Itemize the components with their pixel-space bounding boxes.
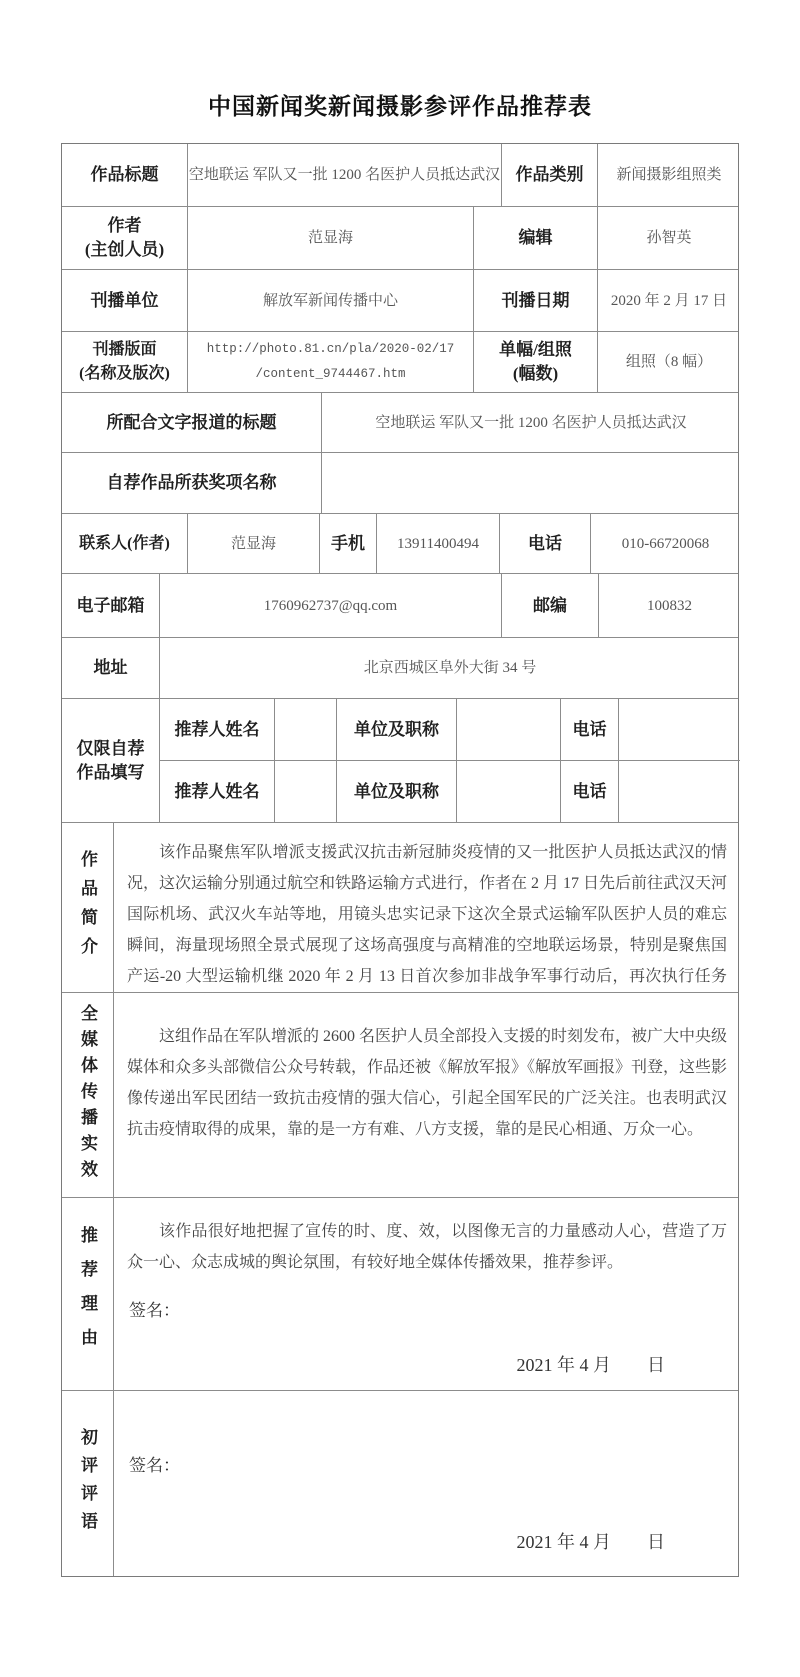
recommender-phone-label-2: 电话 [561, 761, 619, 823]
media-effect-side-label-cell: 全媒体传播实效 [62, 993, 114, 1197]
recommender-name-label: 推荐人姓名 [160, 699, 275, 760]
work-title-value: 空地联运 军队又一批 1200 名医护人员抵达武汉 [188, 144, 502, 206]
email-label: 电子邮箱 [62, 574, 160, 637]
postcode-label: 邮编 [502, 574, 599, 637]
row-work-title: 作品标题 空地联运 军队又一批 1200 名医护人员抵达武汉 作品类别 新闻摄影… [62, 144, 738, 207]
recommender-row-2: 推荐人姓名 单位及职称 电话 [160, 761, 740, 823]
row-preliminary-review: 初评评语 签名： 2021 年 4 月 日 [62, 1391, 738, 1576]
publish-date-value: 2020 年 2 月 17 日 [598, 270, 740, 331]
row-text-report-title: 所配合文字报道的标题 空地联运 军队又一批 1200 名医护人员抵达武汉 [62, 393, 738, 453]
recommender-row-1: 推荐人姓名 单位及职称 电话 [160, 699, 740, 761]
editor-value: 孙智英 [598, 207, 740, 269]
org-title-value-2 [457, 761, 561, 823]
row-work-intro: 作品简介 该作品聚焦军队增派支援武汉抗击新冠肺炎疫情的又一批医护人员抵达武汉的情… [62, 823, 738, 993]
self-award-label: 自荐作品所获奖项名称 [62, 453, 322, 513]
row-recommend-reason: 推荐理由 该作品很好地把握了宣传的时、度、效，以图像无言的力量感动人心，营造了万… [62, 1198, 738, 1391]
row-publisher: 刊播单位 解放军新闻传播中心 刊播日期 2020 年 2 月 17 日 [62, 270, 738, 332]
row-page-layout: 刊播版面 (名称及版次) http://photo.81.cn/pla/2020… [62, 332, 738, 393]
email-value: 1760962737@qq.com [160, 574, 502, 637]
recommender-phone-value [619, 699, 740, 760]
self-only-side-label: 仅限自荐 作品填写 [62, 699, 160, 822]
work-title-label: 作品标题 [62, 144, 188, 206]
author-value: 范显海 [188, 207, 474, 269]
media-effect-text: 这组作品在军队增派的 2600 名医护人员全部投入支援的时刻发布，被广大中央级媒… [127, 1021, 727, 1145]
editor-label: 编辑 [474, 207, 598, 269]
category-value: 新闻摄影组照类 [598, 144, 740, 206]
recommender-phone-value-2 [619, 761, 740, 823]
org-title-value [457, 699, 561, 760]
recommender-name-value-2 [275, 761, 337, 823]
phone-value: 010-66720068 [591, 514, 740, 573]
publish-date-label: 刊播日期 [474, 270, 598, 331]
recommend-reason-side-label-cell: 推荐理由 [62, 1198, 114, 1390]
recommend-reason-content: 该作品很好地把握了宣传的时、度、效，以图像无言的力量感动人心，营造了万众一心、众… [114, 1198, 740, 1390]
self-recommendation-rows: 推荐人姓名 单位及职称 电话 推荐人姓名 单位及职称 电话 [160, 699, 740, 822]
media-effect-content: 这组作品在军队增派的 2600 名医护人员全部投入支援的时刻发布，被广大中央级媒… [114, 993, 740, 1197]
org-title-label: 单位及职称 [337, 699, 457, 760]
recommendation-form-table: 作品标题 空地联运 军队又一批 1200 名医护人员抵达武汉 作品类别 新闻摄影… [61, 143, 739, 1577]
page-layout-label: 刊播版面 (名称及版次) [62, 332, 188, 392]
format-value: 组照（8 幅） [598, 332, 740, 392]
recommender-name-label-2: 推荐人姓名 [160, 761, 275, 823]
row-contact: 联系人(作者) 范显海 手机 13911400494 电话 010-667200… [62, 514, 738, 574]
recommend-reason-side-label: 推荐理由 [75, 1226, 100, 1362]
work-intro-content: 该作品聚焦军队增派支援武汉抗击新冠肺炎疫情的又一批医护人员抵达武汉的情况，这次运… [114, 823, 740, 992]
work-intro-text: 该作品聚焦军队增派支援武汉抗击新冠肺炎疫情的又一批医护人员抵达武汉的情况，这次运… [127, 837, 727, 992]
reason-date: 2021 年 4 月 日 [127, 1351, 727, 1377]
recommend-reason-text: 该作品很好地把握了宣传的时、度、效，以图像无言的力量感动人心，营造了万众一心、众… [127, 1216, 727, 1278]
preliminary-review-side-label-cell: 初评评语 [62, 1391, 114, 1576]
page-layout-value: http://photo.81.cn/pla/2020-02/17 /conte… [188, 332, 474, 392]
text-report-title-value: 空地联运 军队又一批 1200 名医护人员抵达武汉 [322, 393, 740, 452]
phone-label: 电话 [500, 514, 591, 573]
category-label: 作品类别 [502, 144, 598, 206]
mobile-value: 13911400494 [377, 514, 500, 573]
review-signature-label: 签名： [129, 1451, 727, 1476]
preliminary-review-content: 签名： 2021 年 4 月 日 [114, 1391, 740, 1576]
reason-signature-label: 签名： [129, 1296, 727, 1321]
row-address: 地址 北京西城区阜外大街 34 号 [62, 638, 738, 699]
self-award-value [322, 453, 740, 513]
address-label: 地址 [62, 638, 160, 698]
address-value: 北京西城区阜外大街 34 号 [160, 638, 740, 698]
format-label: 单幅/组照 (幅数) [474, 332, 598, 392]
publisher-label: 刊播单位 [62, 270, 188, 331]
work-intro-side-label-cell: 作品简介 [62, 823, 114, 992]
preliminary-review-side-label: 初评评语 [75, 1428, 100, 1540]
media-effect-side-label: 全媒体传播实效 [75, 1004, 100, 1186]
recommender-name-value [275, 699, 337, 760]
postcode-value: 100832 [599, 574, 740, 637]
contact-label: 联系人(作者) [62, 514, 188, 573]
contact-value: 范显海 [188, 514, 320, 573]
org-title-label-2: 单位及职称 [337, 761, 457, 823]
work-intro-side-label: 作品简介 [75, 850, 100, 966]
recommendation-form-page: 中国新闻奖新闻摄影参评作品推荐表 作品标题 空地联运 军队又一批 1200 名医… [0, 0, 800, 1677]
row-author: 作者 (主创人员) 范显海 编辑 孙智英 [62, 207, 738, 270]
recommender-phone-label: 电话 [561, 699, 619, 760]
row-self-recommendation: 仅限自荐 作品填写 推荐人姓名 单位及职称 电话 推荐人姓名 单位及职称 电话 [62, 699, 738, 823]
row-email: 电子邮箱 1760962737@qq.com 邮编 100832 [62, 574, 738, 638]
publisher-value: 解放军新闻传播中心 [188, 270, 474, 331]
row-media-effect: 全媒体传播实效 这组作品在军队增派的 2600 名医护人员全部投入支援的时刻发布… [62, 993, 738, 1198]
review-date: 2021 年 4 月 日 [127, 1528, 727, 1554]
text-report-title-label: 所配合文字报道的标题 [62, 393, 322, 452]
page-title: 中国新闻奖新闻摄影参评作品推荐表 [0, 88, 800, 121]
row-self-award: 自荐作品所获奖项名称 [62, 453, 738, 514]
mobile-label: 手机 [320, 514, 377, 573]
author-label: 作者 (主创人员) [62, 207, 188, 269]
